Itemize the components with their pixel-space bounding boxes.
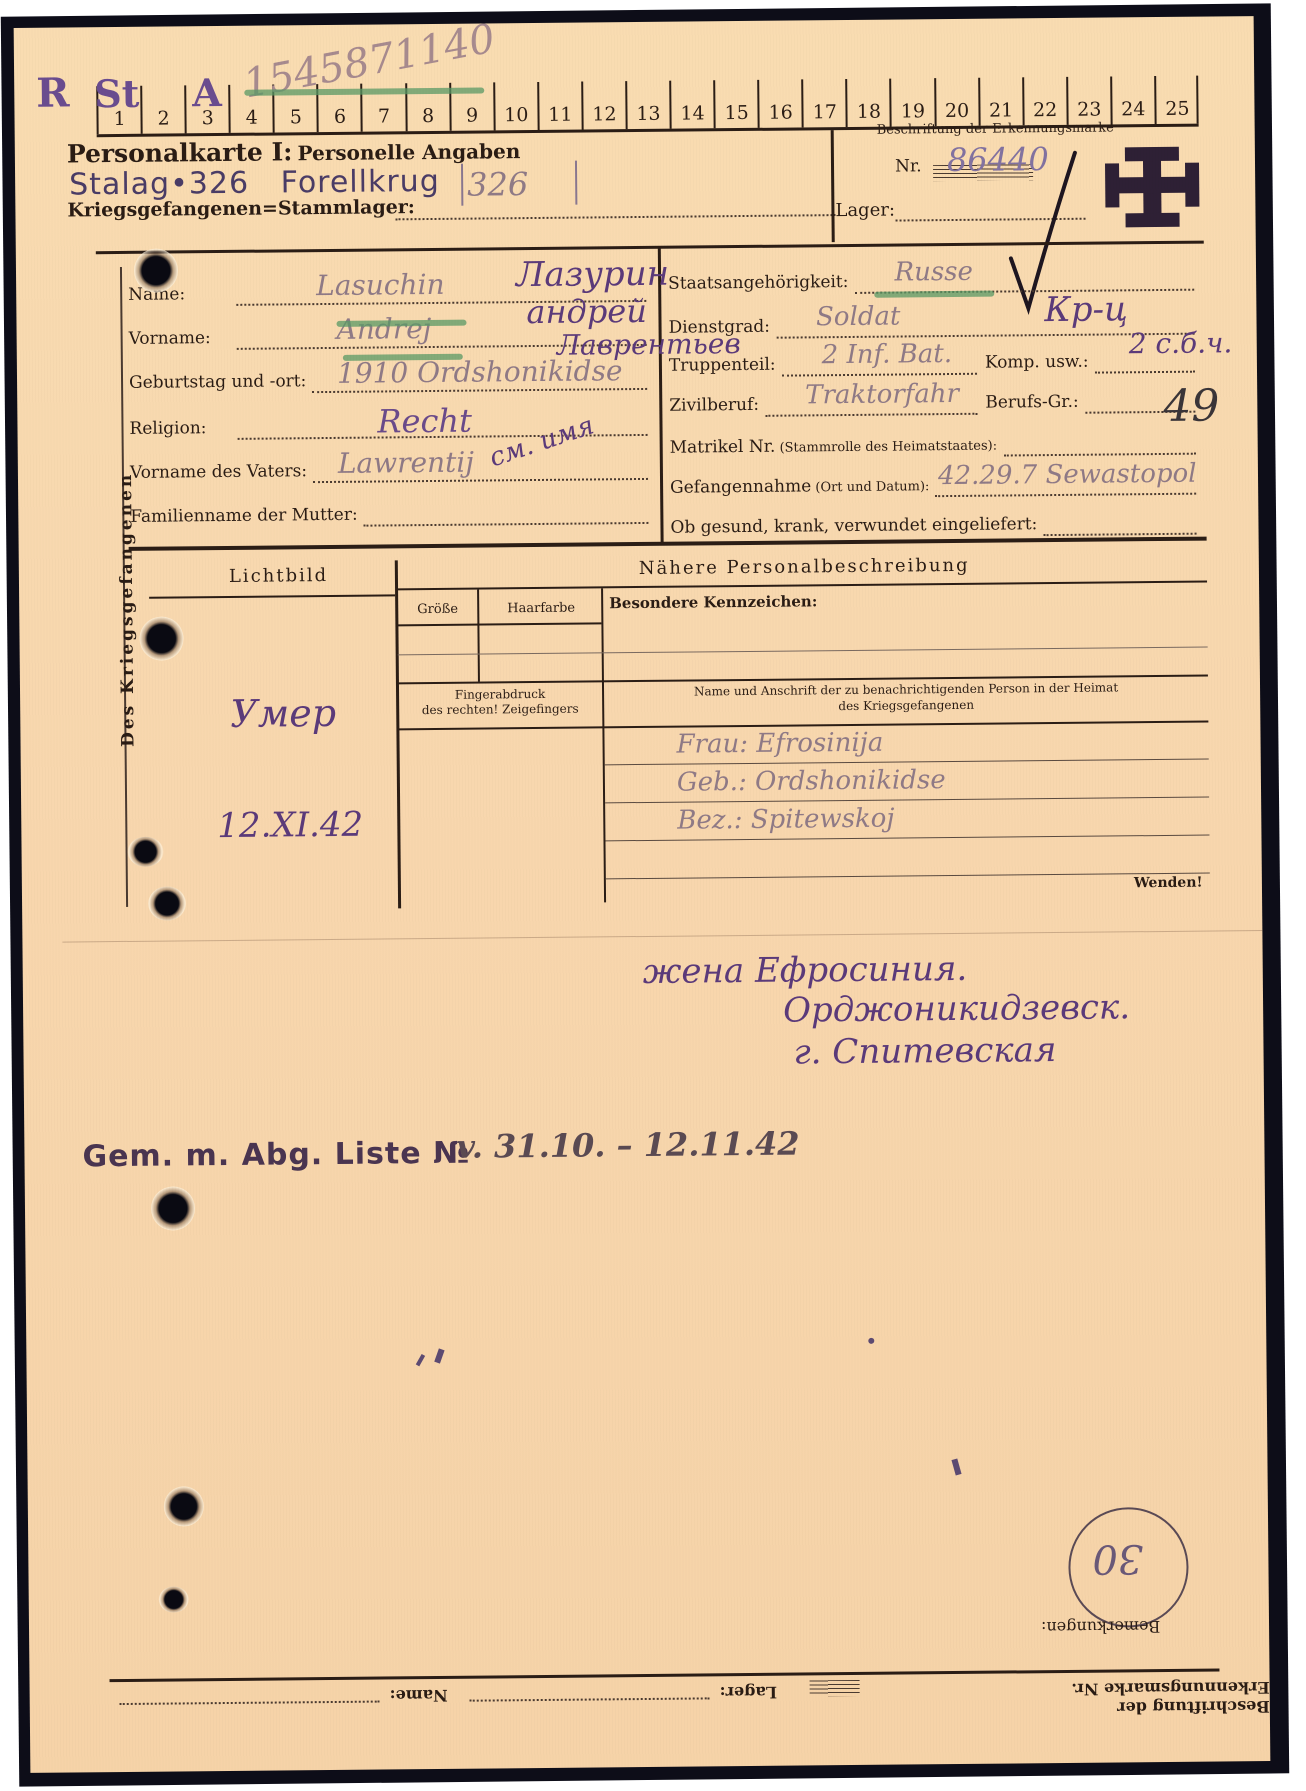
ink-speck [868, 1338, 874, 1344]
camp-number-handwritten: 326 [467, 165, 528, 204]
section-title: Nähere Personalbeschreibung [639, 555, 970, 579]
tag-label: Beschriftung der Erkennungsmarke [877, 120, 1114, 137]
footer-lager-dotline [470, 1697, 710, 1701]
field-dotline [936, 493, 1197, 498]
russian-note-line3: г. Спитевская [793, 1030, 1056, 1073]
ruler-cell: 25 [1154, 76, 1199, 124]
ruler-cell: 17 [801, 79, 846, 127]
contact-rule [606, 873, 1210, 880]
ruler-cell: 22 [1022, 77, 1067, 125]
field-value: 2 Inf. Bat. [822, 339, 953, 370]
stamp-st: St [94, 71, 139, 116]
ruler-cell: 15 [713, 80, 758, 128]
field-label: Geburtstag und -ort: [129, 371, 306, 393]
field-value: Soldat [816, 301, 901, 332]
field-extra-label: Berufs-Gr.: [985, 392, 1079, 413]
ruler-cell: 14 [669, 80, 714, 128]
ruler-cell: 23 [1066, 76, 1111, 124]
field-value: Lasuchin [316, 268, 445, 302]
field-value: Traktorfahr [805, 379, 959, 410]
field-dotline [765, 413, 977, 417]
ruler-cell: 10 [493, 82, 538, 130]
punch-hole [159, 1586, 189, 1612]
hair-label: Haarfarbe [507, 601, 575, 617]
lager-label: Lager: [835, 200, 895, 222]
field-extra-label: Komp. usw.: [985, 352, 1089, 373]
ruler-cell: 12 [581, 81, 626, 129]
footer-tag-lines [810, 1680, 860, 1696]
contact-label: Name und Anschrift der zu benachrichtige… [606, 679, 1206, 717]
contact-line: Geb.: Ordshonikidse [677, 765, 946, 798]
field-value: Russe [894, 257, 973, 288]
ruler-cell: 2 [140, 85, 185, 133]
stamp-r: R [36, 69, 70, 116]
card-title: Personalkarte I: [67, 137, 293, 168]
russian-note-line2: Орджоникидзевск. [783, 987, 1130, 1030]
field-label: Familienname der Mutter: [130, 505, 357, 527]
list-stamp-value: v. 31.10. – 12.11.42 [456, 1125, 800, 1166]
circle-stamp-value: 30 [1092, 1535, 1143, 1581]
field-value: Recht [377, 402, 472, 441]
size-row-rule [397, 622, 601, 626]
field-label: Vorname des Vaters: [130, 461, 307, 483]
tag-nr-label: Nr. [895, 156, 922, 176]
field-label: Gefangennahme (Ort und Datum): [670, 475, 929, 497]
field-dotline [1003, 453, 1195, 457]
field-dotline [782, 373, 977, 377]
photo-rule [149, 594, 395, 598]
field-dotline [364, 522, 649, 527]
footer-lager-label: Lager: [720, 1683, 778, 1703]
punch-hole [164, 1486, 204, 1526]
personnel-card: 1234567891011121314151617181920212223242… [14, 16, 1271, 1773]
green-underline-nationality [874, 291, 994, 298]
header-divider [831, 130, 835, 242]
height-label: Größe [417, 602, 458, 617]
ruler-end [1196, 76, 1198, 124]
religion-annotation: см. имя [486, 411, 598, 474]
field-value: Lawrentij [338, 446, 474, 480]
stamp-a: A [192, 70, 222, 115]
ruler-cell: 11 [537, 82, 582, 130]
personal-bottom-rule [129, 537, 1207, 551]
death-date: 12.XI.42 [217, 805, 363, 846]
footer-name-dotline [120, 1701, 380, 1705]
ruler-cell: 16 [757, 79, 802, 127]
ink-speck [416, 1354, 425, 1366]
field-value: 42.29.7 Sewastopol [938, 459, 1197, 491]
field-dotline [1044, 533, 1197, 536]
ruler-cell: 13 [625, 81, 670, 129]
ruler-cell: 18 [846, 79, 891, 127]
punch-hole [127, 837, 163, 867]
punch-hole [134, 248, 178, 292]
marks-divider [601, 588, 606, 902]
footer-name-label: Name: [390, 1686, 448, 1706]
camp-bracket [461, 164, 463, 206]
field-label: Zivilberuf: [669, 395, 759, 416]
ruler-cell: 20 [934, 78, 979, 126]
card-subtitle: Personelle Angaben [297, 139, 520, 165]
fingerprint-label: Fingerabdruck des rechten! Zeigefingers [400, 686, 600, 718]
firstname-annotation: андрей [526, 292, 647, 331]
camp-bracket-right [575, 161, 577, 205]
contact-rule [605, 835, 1209, 842]
contact-rule [605, 797, 1209, 804]
field-label: Truppenteil: [669, 355, 776, 376]
punch-hole [148, 886, 186, 920]
field-label: Staatsangehörigkeit: [668, 272, 849, 294]
camp-dotline [395, 214, 835, 220]
name-annotation: Лазурин [516, 254, 669, 295]
field-value: Andrej [336, 312, 431, 346]
list-stamp: Gem. m. Abg. Liste № [82, 1136, 470, 1175]
contact-line: Frau: Efrosinija [676, 728, 883, 760]
ruler-cell: 24 [1110, 76, 1155, 124]
marks-rule-1 [398, 647, 1208, 656]
ruler-cell: 19 [890, 78, 935, 126]
height-hair-divider [477, 590, 480, 682]
field-label: Dienstgrad: [668, 317, 770, 338]
section-title-rule [397, 581, 1207, 591]
ink-speck [434, 1348, 444, 1363]
cross-potent-icon [1103, 137, 1204, 238]
field-label: Matrikel Nr. (Stammrolle des Heimatstaat… [670, 435, 998, 458]
contact-rule [605, 759, 1209, 766]
ruler-cell: 21 [978, 77, 1023, 125]
punch-hole [139, 616, 183, 660]
photo-divider [395, 560, 401, 908]
russian-note-line1: жена Ефросиния. [643, 949, 968, 992]
field-label: Vorname: [129, 328, 211, 349]
green-underline-name [336, 320, 466, 327]
rank-annotation: Кр-ц [1044, 289, 1128, 330]
camp-label: Kriegsgefangenen=Stammlager: [67, 196, 415, 221]
remarks-label: Bemerkungen: [1041, 1617, 1160, 1637]
fold-line [62, 930, 1262, 943]
fingerprint-label-line2: des rechten! Zeigefingers [400, 701, 600, 718]
card-title-row: Personalkarte I: Personelle Angaben [67, 135, 521, 168]
punch-hole [151, 1186, 195, 1230]
photo-label: Lichtbild [229, 565, 328, 587]
field-extra-dotline [1095, 371, 1195, 374]
field-label: Religion: [129, 418, 206, 439]
contact-line: Bez.: Spitewskoj [677, 804, 894, 836]
green-underline-firstname [343, 354, 463, 361]
company-value: 2 с.б.ч. [1129, 326, 1233, 360]
marks-label: Besondere Kennzeichen: [609, 592, 817, 612]
profession-group-value: 49 [1163, 380, 1219, 432]
turn-label: Wenden! [1134, 875, 1203, 892]
footer-tag-label: Beschriftung der Erkennungsmarke Nr. [1010, 1678, 1270, 1718]
death-note: Умер [230, 691, 336, 736]
ink-speck [951, 1458, 961, 1475]
field-label: Ob gesund, krank, verwundet eingeliefert… [670, 514, 1037, 538]
